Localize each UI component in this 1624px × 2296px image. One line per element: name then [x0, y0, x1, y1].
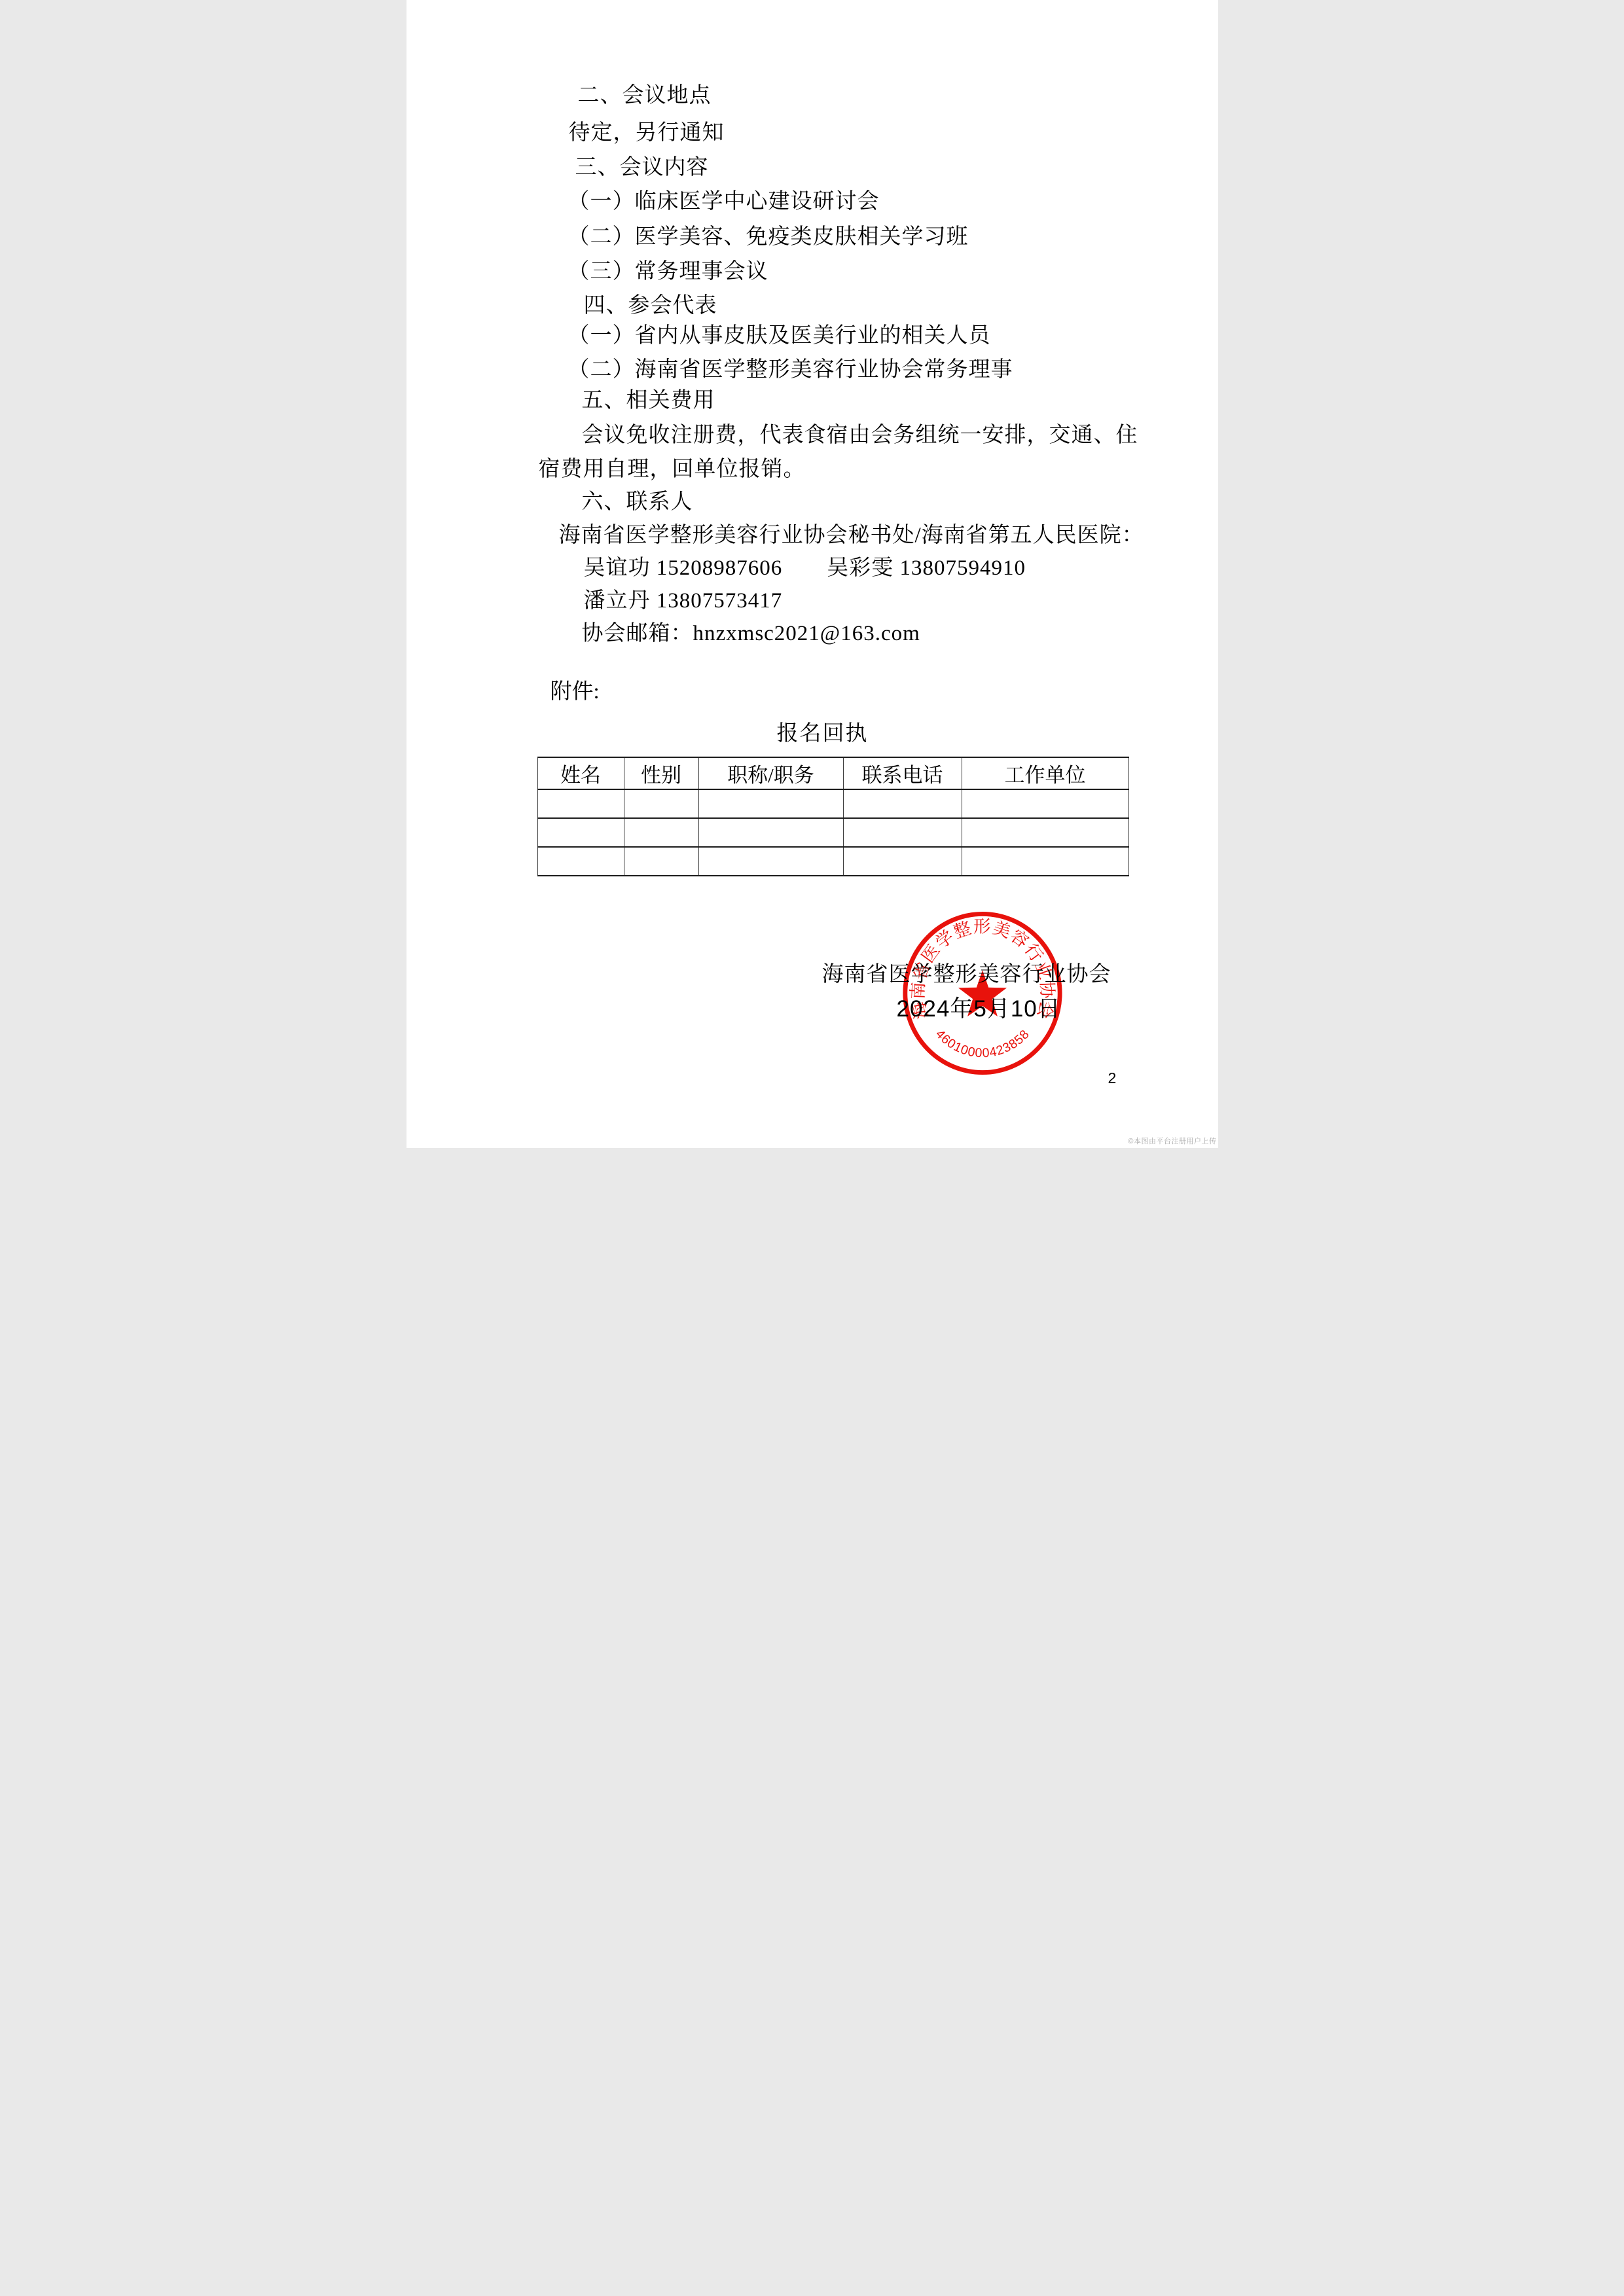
attachment-title: 报名回执	[777, 716, 869, 747]
table-row	[537, 818, 1128, 847]
table-cell-empty	[624, 818, 698, 847]
table-cell-empty	[624, 847, 698, 876]
table-cell-empty	[537, 818, 624, 847]
svg-text:46010000423858: 46010000423858	[932, 1027, 1032, 1060]
table-row	[537, 847, 1128, 876]
column-header-title: 职称/职务	[698, 757, 843, 789]
column-header-gender: 性别	[624, 757, 698, 789]
list-item-content-1: （一）临床医学中心建设研讨会	[568, 190, 880, 215]
table-cell-empty	[962, 847, 1128, 876]
column-header-phone: 联系电话	[843, 757, 962, 789]
table-cell-empty	[843, 847, 962, 876]
heading-section-6-contacts: 六、联系人	[582, 490, 693, 515]
page-number: 2	[1108, 1069, 1117, 1087]
column-header-name: 姓名	[537, 757, 624, 789]
list-item-content-3: （三）常务理事会议	[568, 260, 768, 285]
seal-serial-text: 46010000423858	[932, 1027, 1032, 1060]
watermark: ©本图由平台注册用户上传	[1128, 1136, 1216, 1146]
table-cell-empty	[537, 789, 624, 818]
text-contact-wu: 吴谊功 15208987606 吴彩雯 13807594910	[584, 556, 1026, 581]
paragraph-fees-line-1: 会议免收注册费，代表食宿由会务组统一安排，交通、住	[582, 423, 1138, 448]
table-cell-empty	[843, 818, 962, 847]
list-item-delegates-1: （一）省内从事皮肤及医美行业的相关人员	[568, 324, 991, 349]
table-cell-empty	[698, 847, 843, 876]
table-cell-empty	[843, 789, 962, 818]
table-cell-empty	[537, 847, 624, 876]
registration-form-table: 姓名 性别 职称/职务 联系电话 工作单位	[537, 757, 1129, 876]
table-cell-empty	[624, 789, 698, 818]
heading-section-5-fees: 五、相关费用	[582, 389, 715, 414]
column-header-workplace: 工作单位	[962, 757, 1128, 789]
table-cell-empty	[962, 789, 1128, 818]
heading-section-3-content: 三、会议内容	[575, 156, 709, 181]
table-cell-empty	[698, 818, 843, 847]
document-page: 二、会议地点 待定，另行通知 三、会议内容 （一）临床医学中心建设研讨会 （二）…	[406, 0, 1218, 1148]
text-secretariat: 海南省医学整形美容行业协会秘书处/海南省第五人民医院：	[559, 524, 1144, 548]
table-cell-empty	[698, 789, 843, 818]
table-cell-empty	[962, 818, 1128, 847]
text-location-tbd: 待定，另行通知	[569, 121, 725, 146]
text-association-email: 协会邮箱：hnzxmsc2021@163.com	[582, 622, 920, 647]
signature-date: 2024年5月10日	[897, 991, 1061, 1024]
table-row	[537, 789, 1128, 818]
table-header-row: 姓名 性别 职称/职务 联系电话 工作单位	[537, 757, 1128, 789]
list-item-content-2: （二）医学美容、免疫类皮肤相关学习班	[568, 225, 969, 250]
heading-section-4-delegates: 四、参会代表	[584, 294, 717, 319]
paragraph-fees-line-2: 宿费用自理，回单位报销。	[539, 457, 806, 482]
text-contact-pan: 潘立丹 13807573417	[584, 589, 783, 614]
attachment-label: 附件:	[550, 674, 600, 705]
list-item-delegates-2: （二）海南省医学整形美容行业协会常务理事	[568, 358, 1013, 383]
signature-organization: 海南省医学整形美容行业协会	[822, 957, 1111, 988]
heading-section-2-location: 二、会议地点	[578, 84, 712, 109]
